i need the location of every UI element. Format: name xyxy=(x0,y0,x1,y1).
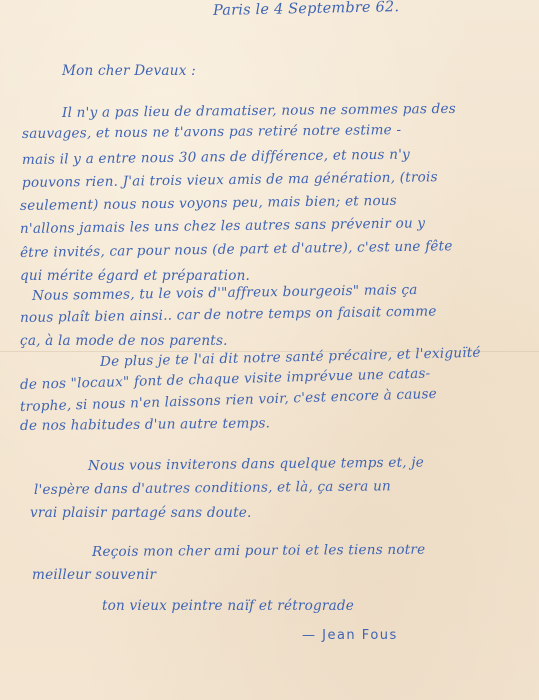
body-line: de nos habitudes d'un autre temps. xyxy=(20,415,270,434)
body-line: ça, à la mode de nos parents. xyxy=(20,333,228,349)
body-line: Nous sommes, tu le vois d'"affreux bourg… xyxy=(32,282,418,304)
letter-date: Paris le 4 Septembre 62. xyxy=(213,0,400,19)
body-line: seulement) nous nous voyons peu, mais bi… xyxy=(20,193,397,214)
body-line: Reçois mon cher ami pour toi et les tien… xyxy=(92,542,425,560)
letter-salutation: Mon cher Devaux : xyxy=(62,63,196,79)
body-line: pouvons rien. J'ai trois vieux amis de m… xyxy=(22,169,438,191)
body-line: n'allons jamais les uns chez les autres … xyxy=(20,215,425,237)
body-line: mais il y a entre nous 30 ans de différe… xyxy=(22,147,410,168)
body-line: Il n'y a pas lieu de dramatiser, nous ne… xyxy=(62,101,456,121)
body-line: qui mérite égard et préparation. xyxy=(20,268,250,284)
letter-signature: — Jean Fous xyxy=(302,628,398,643)
body-line: l'espère dans d'autres conditions, et là… xyxy=(34,478,391,498)
letter-closing: ton vieux peintre naïf et rétrograde xyxy=(102,598,354,614)
body-line: vrai plaisir partagé sans doute. xyxy=(30,505,252,521)
body-line: nous plaît bien ainsi.. car de notre tem… xyxy=(20,303,437,326)
body-line: meilleur souvenir xyxy=(32,567,156,583)
body-line: Nous vous inviterons dans quelque temps … xyxy=(88,454,424,474)
body-line: être invités, car pour nous (de part et … xyxy=(20,238,453,261)
letter-page: Paris le 4 Septembre 62. Mon cher Devaux… xyxy=(0,0,539,700)
body-line: sauvages, et nous ne t'avons pas retiré … xyxy=(22,122,401,142)
